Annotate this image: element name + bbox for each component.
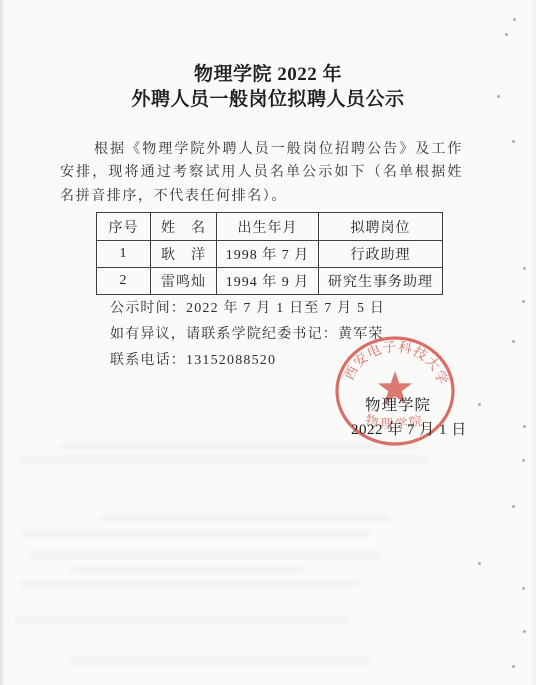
- notice-period-line: 公示时间：2022 年 7 月 1 日至 7 月 5 日: [110, 297, 385, 317]
- table-row: 2 雷鸣灿 1994 年 9 月 研究生事务助理: [97, 268, 443, 295]
- table-row: 1 耿 洋 1998 年 7 月 行政助理: [97, 241, 443, 268]
- header-cell-no: 序号: [97, 213, 151, 241]
- scan-speck: [512, 140, 515, 143]
- scan-speck: [523, 267, 526, 270]
- bleed-through-smudge: [22, 530, 372, 537]
- scan-speck: [478, 403, 481, 406]
- document-title-line-1: 物理学院 2022 年: [0, 59, 536, 86]
- scan-speck: [523, 425, 526, 428]
- signing-date: 2022 年 7 月 1 日: [351, 418, 467, 439]
- signing-unit-name: 物理学院: [353, 393, 443, 415]
- scan-speck: [512, 505, 515, 508]
- scan-speck: [512, 340, 515, 343]
- scan-speck: [522, 459, 525, 462]
- scan-speck: [522, 300, 525, 303]
- scan-speck: [523, 630, 526, 633]
- cell-position: 行政助理: [319, 241, 443, 268]
- bleed-through-smudge: [70, 657, 370, 665]
- document-title-line-2: 外聘人员一般岗位拟聘人员公示: [0, 84, 536, 111]
- cell-name: 耿 洋: [151, 241, 217, 268]
- cell-no: 1: [97, 241, 151, 268]
- header-cell-position: 拟聘岗位: [319, 213, 443, 241]
- phone-line: 联系电话：13152088520: [110, 349, 276, 369]
- bleed-through-smudge: [20, 456, 430, 464]
- bleed-through-smudge: [70, 566, 305, 573]
- cell-birth: 1994 年 9 月: [217, 268, 319, 295]
- header-cell-name: 姓 名: [151, 213, 217, 241]
- cell-birth: 1998 年 7 月: [217, 241, 319, 268]
- cell-position: 研究生事务助理: [319, 268, 443, 295]
- cell-name: 雷鸣灿: [151, 268, 217, 295]
- candidate-table: 序号 姓 名 出生年月 拟聘岗位 1 耿 洋 1998 年 7 月 行政助理 2…: [96, 212, 443, 295]
- scanned-document-page: 物理学院 2022 年 外聘人员一般岗位拟聘人员公示 根据《物理学院外聘人员一般…: [0, 0, 536, 685]
- scan-speck: [505, 33, 508, 36]
- cell-no: 2: [97, 268, 151, 295]
- bleed-through-smudge: [20, 580, 360, 587]
- header-cell-birth: 出生年月: [217, 213, 319, 241]
- scan-speck: [522, 587, 525, 590]
- scan-speck: [478, 562, 481, 565]
- bleed-through-smudge: [16, 616, 351, 623]
- scan-speck: [513, 18, 516, 21]
- bleed-through-smudge: [30, 551, 382, 559]
- bleed-through-smudge: [100, 515, 390, 522]
- body-paragraph: 根据《物理学院外聘人员一般岗位招聘公告》及工作安排，现将通过考察试用人员名单公示…: [60, 138, 463, 208]
- table-header-row: 序号 姓 名 出生年月 拟聘岗位: [97, 213, 443, 241]
- scan-speck: [512, 665, 515, 668]
